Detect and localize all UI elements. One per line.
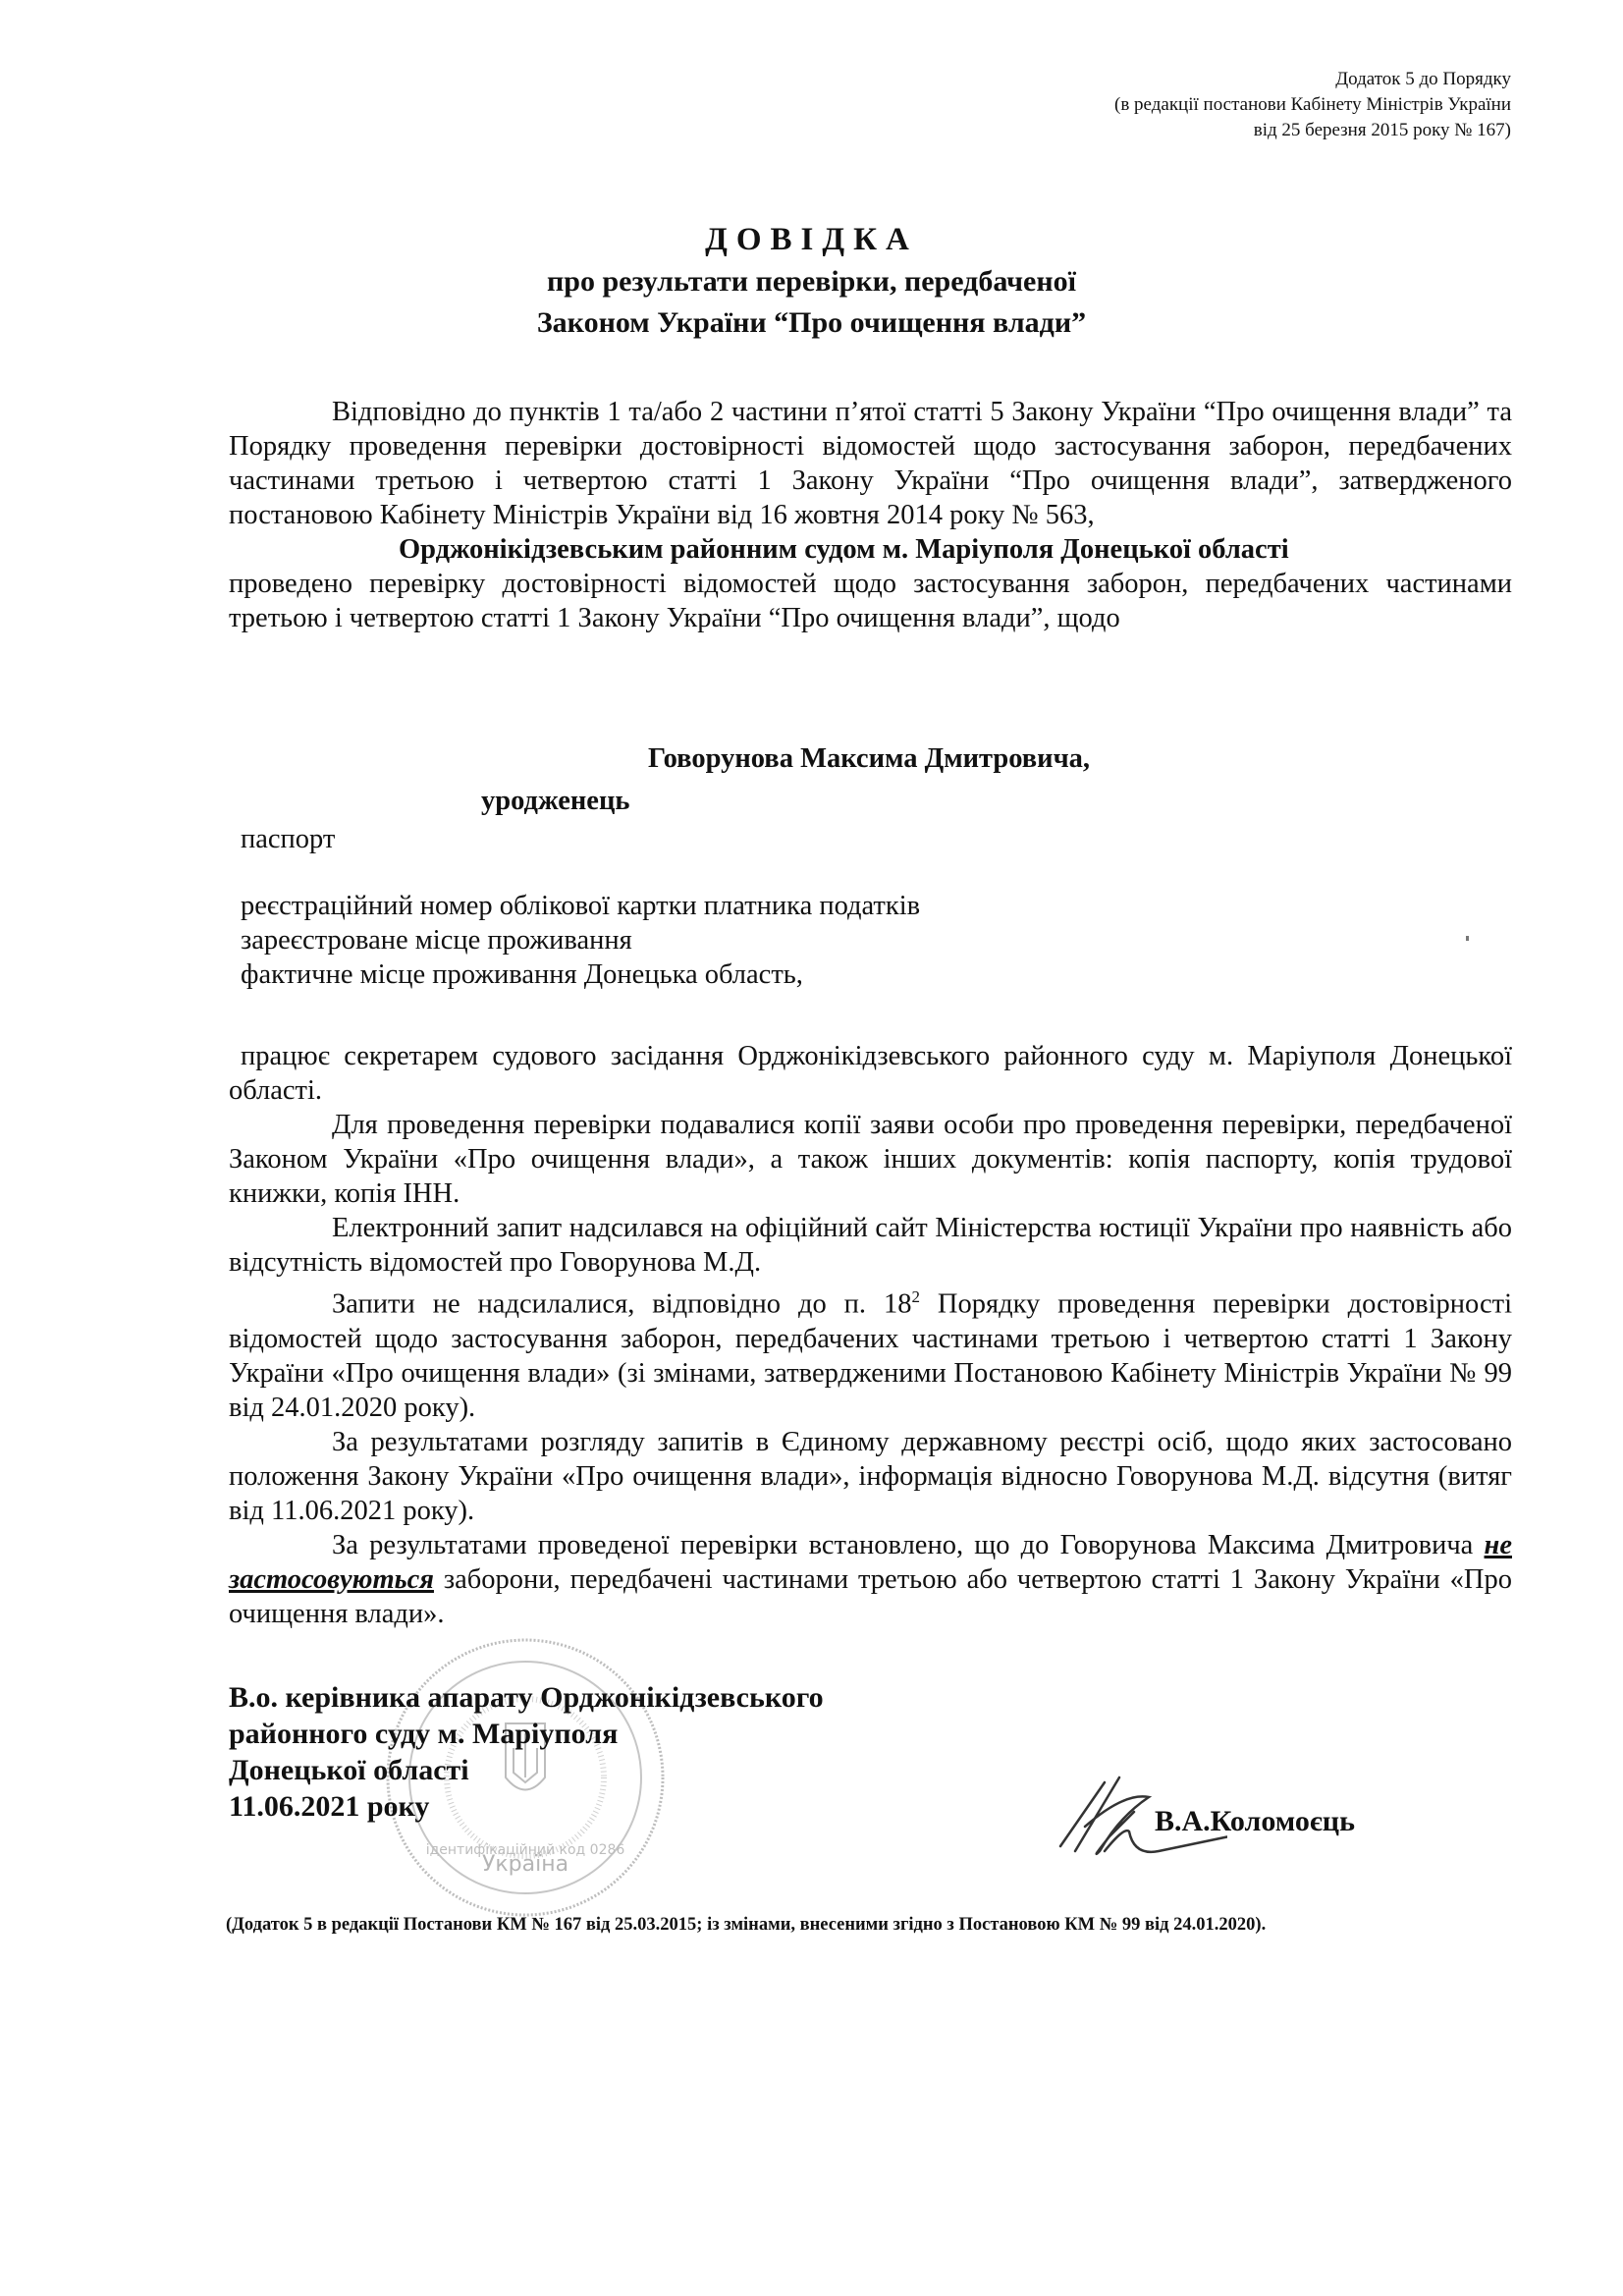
birthplace-label: уродженець (229, 784, 1512, 818)
checking-authority: Орджонікідзевським районним судом м. Мар… (229, 532, 1512, 567)
person-name: Говорунова Максима Дмитровича, (229, 741, 1512, 776)
signature-block: В.о. керівника апарату Орджонікідзевсько… (229, 1679, 824, 1825)
employment-info: працює секретарем судового засідання Орд… (229, 1039, 1512, 1108)
conclusion-text-1: За результатами проведеної перевірки вст… (332, 1530, 1485, 1560)
passport-label: паспорт (229, 822, 1512, 856)
appendix-note-line2: (в редакції постанови Кабінету Міністрів… (1114, 92, 1511, 118)
requests-superscript: 2 (911, 1287, 920, 1306)
requests-text-1: Запити не надсилалися, відповідно до п. … (332, 1289, 911, 1320)
intro-paragraph: Відповідно до пунктів 1 та/або 2 частини… (229, 395, 1512, 532)
scan-speck (1466, 936, 1469, 941)
document-title: ДОВІДКА про результати перевірки, передб… (0, 218, 1623, 344)
appendix-note-line1: Додаток 5 до Порядку (1114, 67, 1511, 92)
intro-continuation: проведено перевірку достовірності відомо… (229, 567, 1512, 635)
registered-address-label: зареєстроване місце проживання (229, 923, 1512, 957)
electronic-request-paragraph: Електронний запит надсилався на офіційни… (229, 1211, 1512, 1280)
title-main: ДОВІДКА (0, 218, 1623, 261)
signature-date: 11.06.2021 року (229, 1788, 824, 1825)
address-section: реєстраційний номер облікової картки пла… (229, 889, 1512, 992)
person-section: Говорунова Максима Дмитровича, уродженец… (229, 741, 1512, 856)
tax-id-label: реєстраційний номер облікової картки пла… (229, 889, 1512, 923)
footer-note: (Додаток 5 в редакції Постанови КМ № 167… (226, 1915, 1266, 1936)
main-paragraphs: працює секретарем судового засідання Орд… (229, 1039, 1512, 1631)
appendix-note: Додаток 5 до Порядку (в редакції постано… (1114, 67, 1511, 143)
intro-section: Відповідно до пунктів 1 та/або 2 частини… (229, 395, 1512, 635)
title-subtitle-2: Законом України “Про очищення влади” (0, 302, 1623, 344)
documents-paragraph: Для проведення перевірки подавалися копі… (229, 1108, 1512, 1211)
document-page: Додаток 5 до Порядку (в редакції постано… (0, 0, 1623, 2296)
signer-name: В.А.Коломоєць (1155, 1805, 1355, 1838)
registry-result-paragraph: За результатами розгляду запитів в Єдино… (229, 1425, 1512, 1528)
signatory-position-line2: районного суду м. Маріуполя (229, 1716, 824, 1752)
signatory-position-line3: Донецької області (229, 1752, 824, 1788)
actual-address: фактичне місце проживання Донецька облас… (229, 957, 1512, 992)
requests-paragraph: Запити не надсилалися, відповідно до п. … (229, 1280, 1512, 1425)
signatory-position-line1: В.о. керівника апарату Орджонікідзевсько… (229, 1679, 824, 1716)
stamp-code-text: ідентифікаційний код 0286 (426, 1842, 625, 1858)
conclusion-paragraph: За результатами проведеної перевірки вст… (229, 1528, 1512, 1631)
title-subtitle-1: про результати перевірки, передбаченої (0, 261, 1623, 302)
appendix-note-line3: від 25 березня 2015 року № 167) (1114, 118, 1511, 143)
